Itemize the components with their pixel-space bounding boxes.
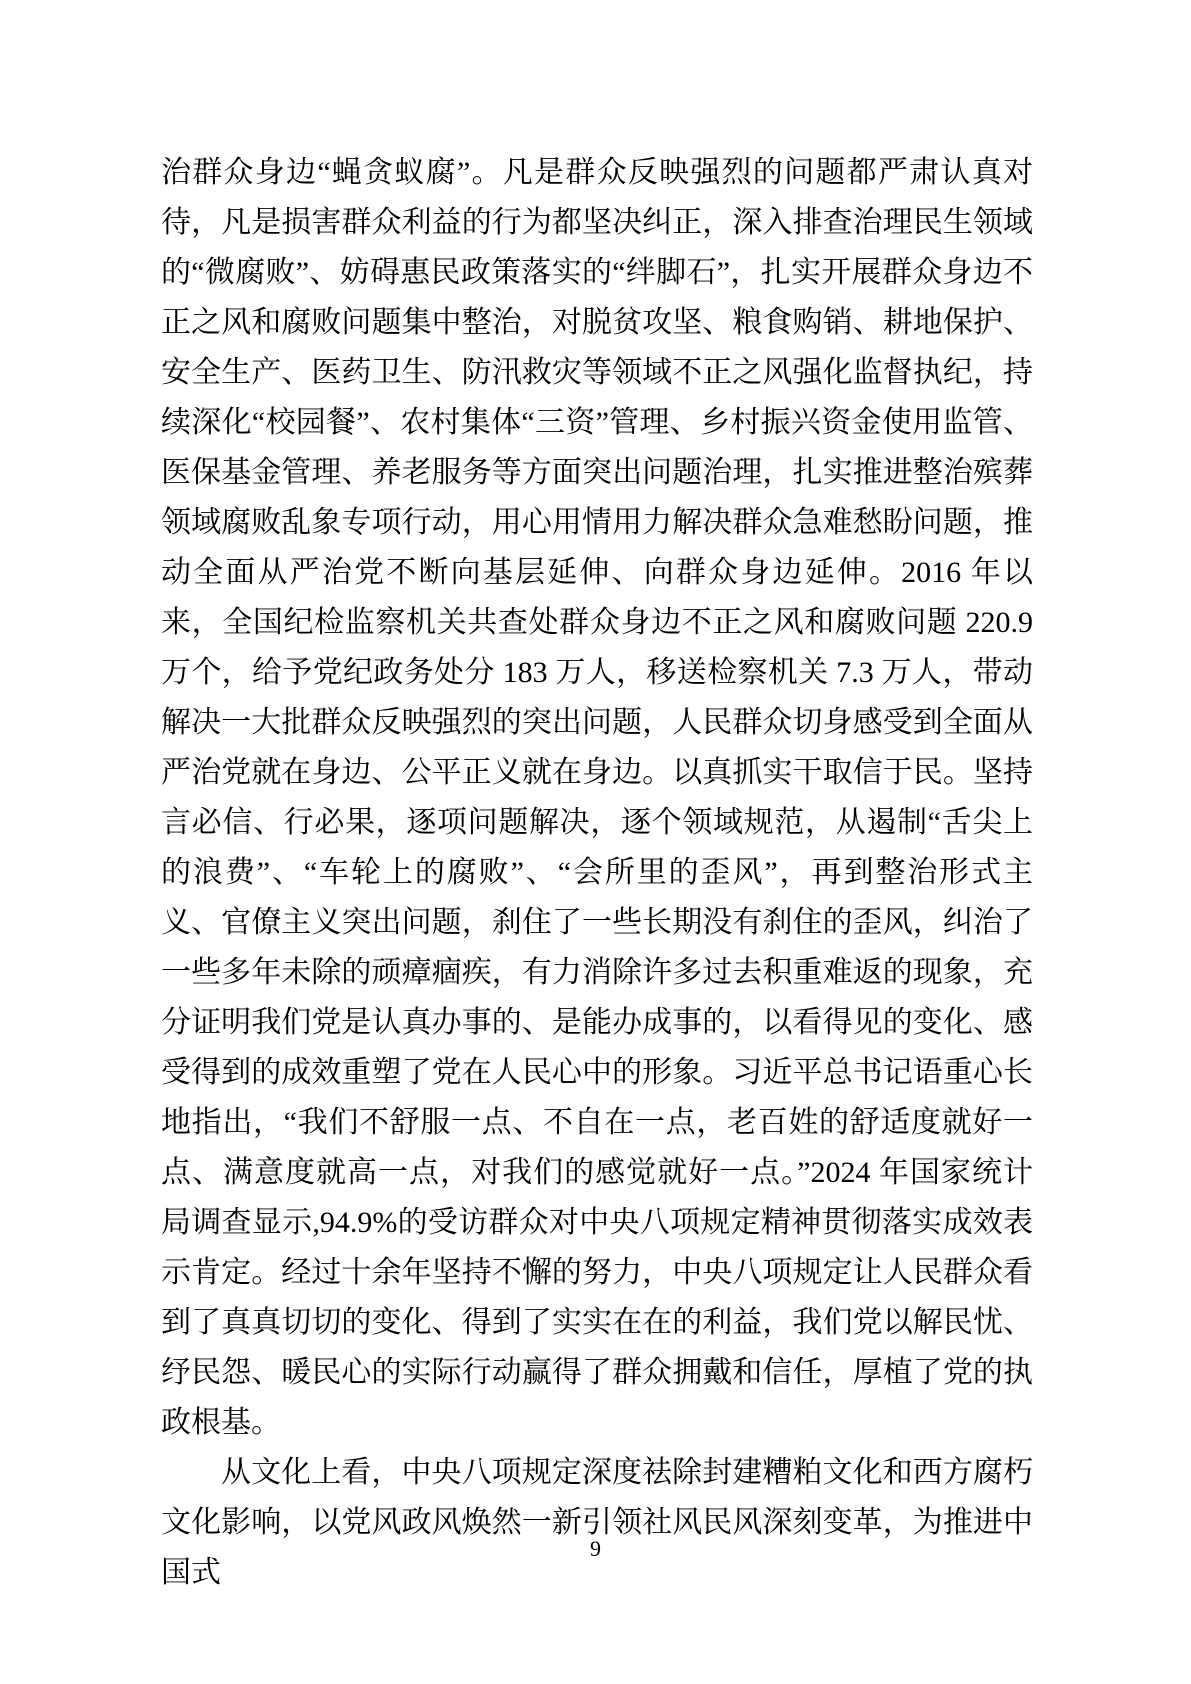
page-footer: 9 (0, 1536, 1191, 1562)
page-number: 9 (590, 1536, 601, 1561)
document-page: 治群众身边“蝇贪蚁腐”。凡是群众反映强烈的问题都严肃认真对待，凡是损害群众利益的… (0, 0, 1191, 1684)
paragraph-culture: 从文化上看，中央八项规定深度祛除封建糟粕文化和西方腐朽文化影响，以党风政风焕然一… (161, 1448, 1033, 1598)
paragraph-continuation: 治群众身边“蝇贪蚁腐”。凡是群众反映强烈的问题都严肃认真对待，凡是损害群众利益的… (161, 148, 1033, 1448)
body-text-block: 治群众身边“蝇贪蚁腐”。凡是群众反映强烈的问题都严肃认真对待，凡是损害群众利益的… (161, 148, 1033, 1598)
